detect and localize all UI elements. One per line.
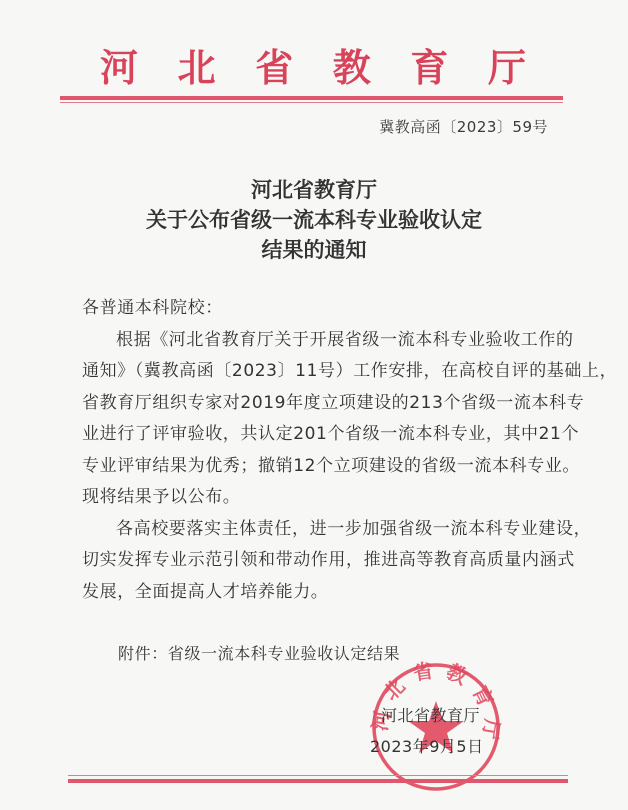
- document-number: 冀教高函〔2023〕59号: [379, 117, 548, 137]
- signature-date: 2023年9月5日: [370, 737, 484, 757]
- letterhead-rule-thin: [60, 102, 563, 103]
- letterhead-char: 北: [178, 46, 216, 90]
- body-text: 各普通本科院校： 根据《河北省教育厅关于开展省级一流本科专业验收工作的 通知》（…: [82, 293, 552, 608]
- body-line: 根据《河北省教育厅关于开展省级一流本科专业验收工作的: [82, 325, 552, 357]
- official-seal-icon: 河北省教育厅: [370, 661, 502, 793]
- body-line: 现将结果予以公布。: [82, 482, 552, 514]
- title-line-2: 关于公布省级一流本科专业验收认定: [0, 206, 628, 234]
- letterhead-char: 教: [333, 46, 371, 90]
- signature-org: 河北省教育厅: [381, 706, 480, 726]
- body-line: 业进行了评审验收，共认定201个省级一流本科专业，其中21个: [82, 419, 552, 451]
- letterhead-char: 河: [100, 46, 138, 90]
- body-line: 省教育厅组织专家对2019年度立项建设的213个省级一流本科专: [82, 388, 552, 420]
- footer-rule-thin: [68, 775, 568, 776]
- letterhead-char: 厅: [488, 46, 526, 90]
- body-line: 发展，全面提高人才培养能力。: [82, 577, 552, 609]
- letterhead: 河 北 省 教 育 厅: [60, 44, 564, 92]
- body-line: 切实发挥专业示范引领和带动作用，推进高等教育高质量内涵式: [82, 545, 552, 577]
- title-line-3: 结果的通知: [0, 236, 628, 264]
- body-line: 专业评审结果为优秀；撤销12个立项建设的省级一流本科专业。: [82, 451, 552, 483]
- document-page: 河 北 省 教 育 厅 冀教高函〔2023〕59号 河北省教育厅 关于公布省级一…: [0, 0, 628, 810]
- letterhead-char: 育: [410, 46, 448, 90]
- letterhead-char: 省: [255, 46, 293, 90]
- letterhead-rule-thick: [60, 96, 563, 100]
- salutation: 各普通本科院校：: [82, 293, 552, 325]
- body-line: 各高校要落实主体责任，进一步加强省级一流本科专业建设，: [82, 514, 552, 546]
- title-line-1: 河北省教育厅: [0, 176, 628, 204]
- attachment-note: 附件：省级一流本科专业验收认定结果: [118, 643, 400, 665]
- footer-rule-thick: [68, 779, 568, 783]
- body-line: 通知》（冀教高函〔2023〕11号）工作安排，在高校自评的基础上，: [82, 356, 552, 388]
